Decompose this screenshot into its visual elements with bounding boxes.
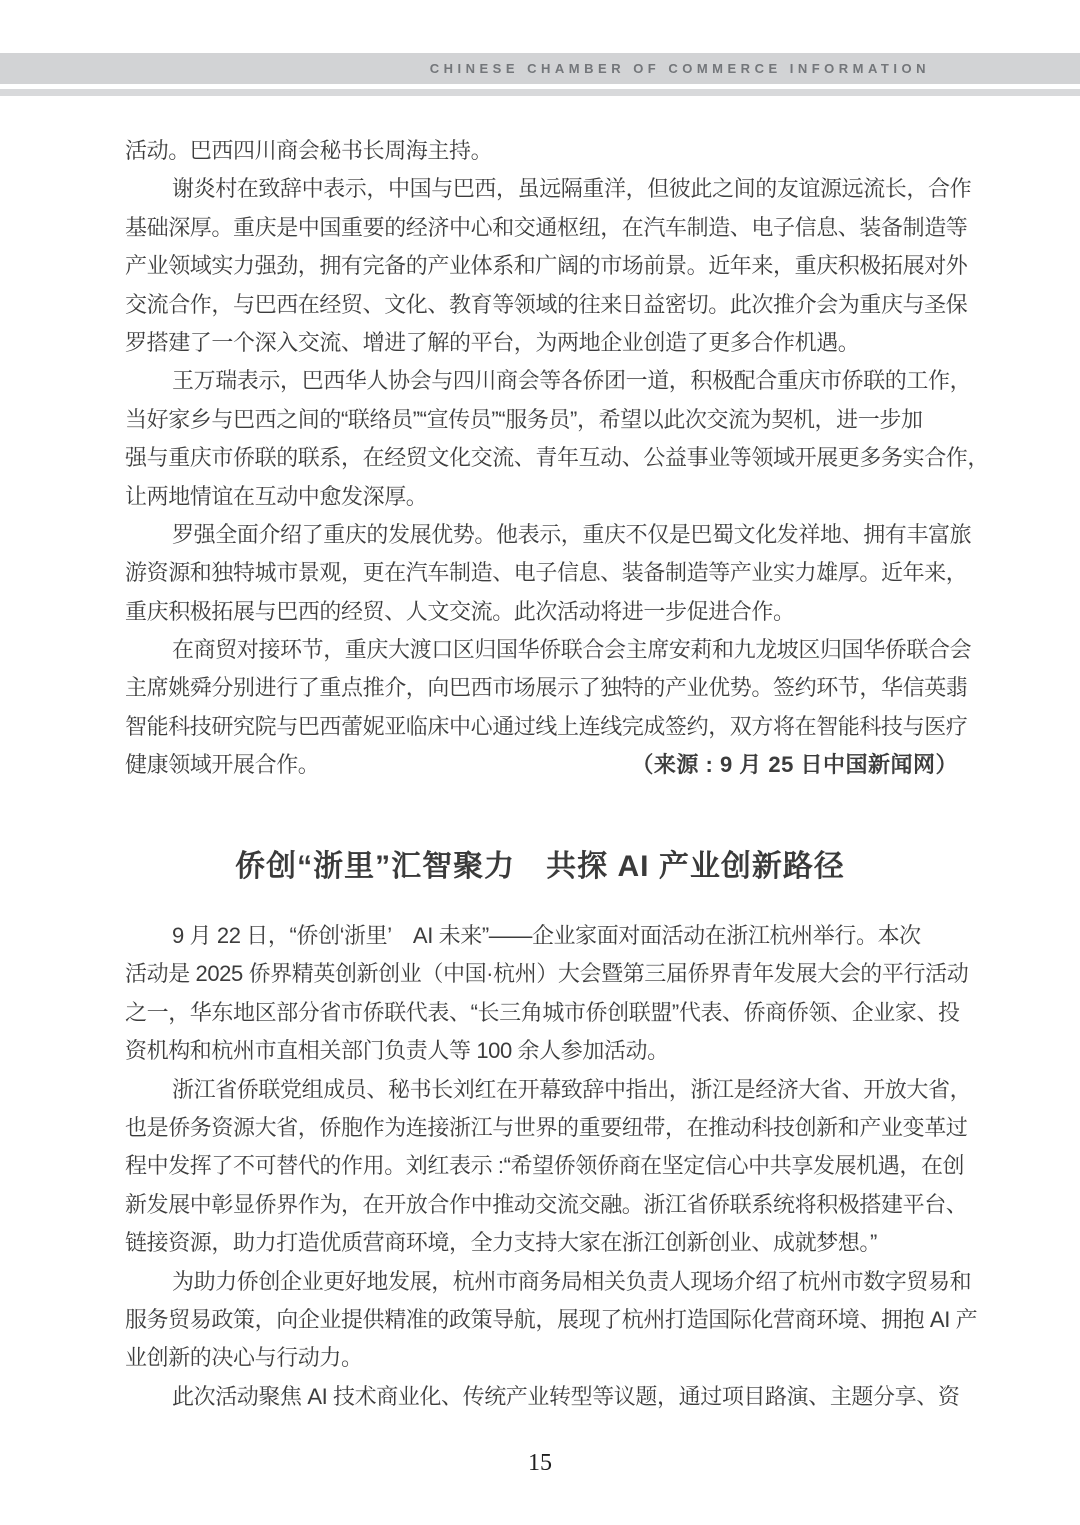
text-line-content: 链接资源，助力打造优质营商环境，全力支持大家在浙江创新创业、成就梦想。”: [125, 1230, 877, 1255]
text-line: 当好家乡与巴西之间的“联络员”“宣传员”“服务员”，希望以此次交流为契机，进一步…: [125, 401, 958, 439]
text-line: 链接资源，助力打造优质营商环境，全力支持大家在浙江创新创业、成就梦想。”: [125, 1224, 958, 1262]
document-page: CHINESE CHAMBER OF COMMERCE INFORMATION …: [0, 0, 1080, 1525]
text-line: 业创新的决心与行动力。: [125, 1339, 958, 1377]
header-divider-bar: [0, 89, 1080, 96]
text-line: 重庆积极拓展与巴西的经贸、人文交流。此次活动将进一步促进合作。: [125, 593, 958, 631]
header-banner-text: CHINESE CHAMBER OF COMMERCE INFORMATION: [430, 61, 930, 76]
text-line-content: 之一，华东地区部分省市侨联代表、“长三角城市侨创联盟”代表、侨商侨领、企业家、投: [125, 1000, 960, 1025]
text-line-content: 强与重庆市侨联的联系，在经贸文化交流、青年互动、公益事业等领域开展更多务实合作，: [125, 445, 989, 470]
text-line-content: 智能科技研究院与巴西蕾妮亚临床中心通过线上连线完成签约，双方将在智能科技与医疗: [125, 714, 967, 739]
text-line: 9 月 22 日，“侨创‘浙里’ AI 未来”——企业家面对面活动在浙江杭州举行…: [125, 917, 958, 955]
text-line: 浙江省侨联党组成员、秘书长刘红在开幕致辞中指出，浙江是经济大省、开放大省，: [125, 1071, 958, 1109]
text-line: 在商贸对接环节，重庆大渡口区归国华侨联合会主席安莉和九龙坡区归国华侨联合会: [125, 631, 958, 669]
section-title: 侨创“浙里”汇智聚力 共探 AI 产业创新路径: [0, 843, 1080, 891]
text-line: 活动。巴西四川商会秘书长周海主持。: [125, 132, 958, 170]
text-line-content: 罗强全面介绍了重庆的发展优势。他表示，重庆不仅是巴蜀文化发祥地、拥有丰富旅: [172, 522, 971, 547]
page-number: 15: [0, 1450, 1080, 1477]
text-line: 王万瑞表示，巴西华人协会与四川商会等各侨团一道，积极配合重庆市侨联的工作，: [125, 362, 958, 400]
text-line-content: 谢炎村在致辞中表示，中国与巴西，虽远隔重洋，但彼此之间的友谊源远流长，合作: [172, 176, 971, 201]
text-line-content: 为助力侨创企业更好地发展，杭州市商务局相关负责人现场介绍了杭州市数字贸易和: [172, 1269, 971, 1294]
text-line-content: 活动。巴西四川商会秘书长周海主持。: [125, 138, 492, 163]
article-brazil-chongqing-text: 活动。巴西四川商会秘书长周海主持。谢炎村在致辞中表示，中国与巴西，虽远隔重洋，但…: [125, 132, 958, 785]
text-line: 让两地情谊在互动中愈发深厚。: [125, 478, 958, 516]
text-line: 基础深厚。重庆是中国重要的经济中心和交通枢纽，在汽车制造、电子信息、装备制造等: [125, 209, 958, 247]
text-line: 罗强全面介绍了重庆的发展优势。他表示，重庆不仅是巴蜀文化发祥地、拥有丰富旅: [125, 516, 958, 554]
text-line: 智能科技研究院与巴西蕾妮亚临床中心通过线上连线完成签约，双方将在智能科技与医疗: [125, 708, 958, 746]
text-line: 此次活动聚焦 AI 技术商业化、传统产业转型等议题，通过项目路演、主题分享、资: [125, 1378, 958, 1416]
text-line: 资机构和杭州市直相关部门负责人等 100 余人参加活动。: [125, 1032, 958, 1070]
source-attribution: （来源 : 9 月 25 日中国新闻网）: [631, 746, 958, 784]
text-line: 健康领域开展合作。（来源 : 9 月 25 日中国新闻网）: [125, 746, 958, 784]
header-banner: CHINESE CHAMBER OF COMMERCE INFORMATION: [0, 53, 1080, 84]
text-line-content: 主席姚舜分别进行了重点推介，向巴西市场展示了独特的产业优势。签约环节，华信英翡: [125, 675, 967, 700]
text-line-content: 王万瑞表示，巴西华人协会与四川商会等各侨团一道，积极配合重庆市侨联的工作，: [172, 368, 971, 393]
text-line-content: 9 月 22 日，“侨创‘浙里’ AI 未来”——企业家面对面活动在浙江杭州举行…: [172, 923, 921, 948]
text-line: 新发展中彰显侨界作为，在开放合作中推动交流交融。浙江省侨联系统将积极搭建平台、: [125, 1186, 958, 1224]
article-zhejiang-ai-text: 9 月 22 日，“侨创‘浙里’ AI 未来”——企业家面对面活动在浙江杭州举行…: [125, 917, 958, 1416]
text-line: 为助力侨创企业更好地发展，杭州市商务局相关负责人现场介绍了杭州市数字贸易和: [125, 1263, 958, 1301]
text-line: 服务贸易政策，向企业提供精准的政策导航，展现了杭州打造国际化营商环境、拥抱 AI…: [125, 1301, 958, 1339]
text-line: 之一，华东地区部分省市侨联代表、“长三角城市侨创联盟”代表、侨商侨领、企业家、投: [125, 994, 958, 1032]
text-line-content: 在商贸对接环节，重庆大渡口区归国华侨联合会主席安莉和九龙坡区归国华侨联合会: [172, 637, 971, 662]
text-line-content: 此次活动聚焦 AI 技术商业化、传统产业转型等议题，通过项目路演、主题分享、资: [172, 1384, 959, 1409]
text-line: 谢炎村在致辞中表示，中国与巴西，虽远隔重洋，但彼此之间的友谊源远流长，合作: [125, 170, 958, 208]
text-line: 罗搭建了一个深入交流、增进了解的平台，为两地企业创造了更多合作机遇。: [125, 324, 958, 362]
text-line: 活动是 2025 侨界精英创新创业（中国·杭州）大会暨第三届侨界青年发展大会的平…: [125, 955, 958, 993]
text-line: 也是侨务资源大省，侨胞作为连接浙江与世界的重要纽带，在推动科技创新和产业变革过: [125, 1109, 958, 1147]
text-line-content: 罗搭建了一个深入交流、增进了解的平台，为两地企业创造了更多合作机遇。: [125, 330, 859, 355]
text-line-content: 资机构和杭州市直相关部门负责人等 100 余人参加活动。: [125, 1038, 669, 1063]
text-line: 产业领域实力强劲，拥有完备的产业体系和广阔的市场前景。近年来，重庆积极拓展对外: [125, 247, 958, 285]
text-line-content: 产业领域实力强劲，拥有完备的产业体系和广阔的市场前景。近年来，重庆积极拓展对外: [125, 253, 967, 278]
text-line-content: 重庆积极拓展与巴西的经贸、人文交流。此次活动将进一步促进合作。: [125, 599, 795, 624]
text-line: 强与重庆市侨联的联系，在经贸文化交流、青年互动、公益事业等领域开展更多务实合作，: [125, 439, 958, 477]
text-line: 游资源和独特城市景观，更在汽车制造、电子信息、装备制造等产业实力雄厚。近年来，: [125, 554, 958, 592]
text-line: 程中发挥了不可替代的作用。刘红表示 :“希望侨领侨商在坚定信心中共享发展机遇，在…: [125, 1147, 958, 1185]
text-line-content: 浙江省侨联党组成员、秘书长刘红在开幕致辞中指出，浙江是经济大省、开放大省，: [172, 1077, 971, 1102]
text-line-content: 新发展中彰显侨界作为，在开放合作中推动交流交融。浙江省侨联系统将积极搭建平台、: [125, 1192, 967, 1217]
text-line: 主席姚舜分别进行了重点推介，向巴西市场展示了独特的产业优势。签约环节，华信英翡: [125, 669, 958, 707]
text-line-content: 业创新的决心与行动力。: [125, 1345, 363, 1370]
text-line-content: 程中发挥了不可替代的作用。刘红表示 :“希望侨领侨商在坚定信心中共享发展机遇，在…: [125, 1153, 964, 1178]
text-line-content: 游资源和独特城市景观，更在汽车制造、电子信息、装备制造等产业实力雄厚。近年来，: [125, 560, 967, 585]
text-line: 交流合作，与巴西在经贸、文化、教育等领域的往来日益密切。此次推介会为重庆与圣保: [125, 286, 958, 324]
text-line-content: 服务贸易政策，向企业提供精准的政策导航，展现了杭州打造国际化营商环境、拥抱 AI…: [125, 1307, 977, 1332]
text-line-content: 活动是 2025 侨界精英创新创业（中国·杭州）大会暨第三届侨界青年发展大会的平…: [125, 961, 968, 986]
text-line-content: 也是侨务资源大省，侨胞作为连接浙江与世界的重要纽带，在推动科技创新和产业变革过: [125, 1115, 967, 1140]
text-line-content: 当好家乡与巴西之间的“联络员”“宣传员”“服务员”，希望以此次交流为契机，进一步…: [125, 407, 923, 432]
text-line-content: 健康领域开展合作。: [125, 746, 319, 784]
text-line-content: 交流合作，与巴西在经贸、文化、教育等领域的往来日益密切。此次推介会为重庆与圣保: [125, 292, 967, 317]
text-line-content: 基础深厚。重庆是中国重要的经济中心和交通枢纽，在汽车制造、电子信息、装备制造等: [125, 215, 967, 240]
text-line-content: 让两地情谊在互动中愈发深厚。: [125, 484, 427, 509]
